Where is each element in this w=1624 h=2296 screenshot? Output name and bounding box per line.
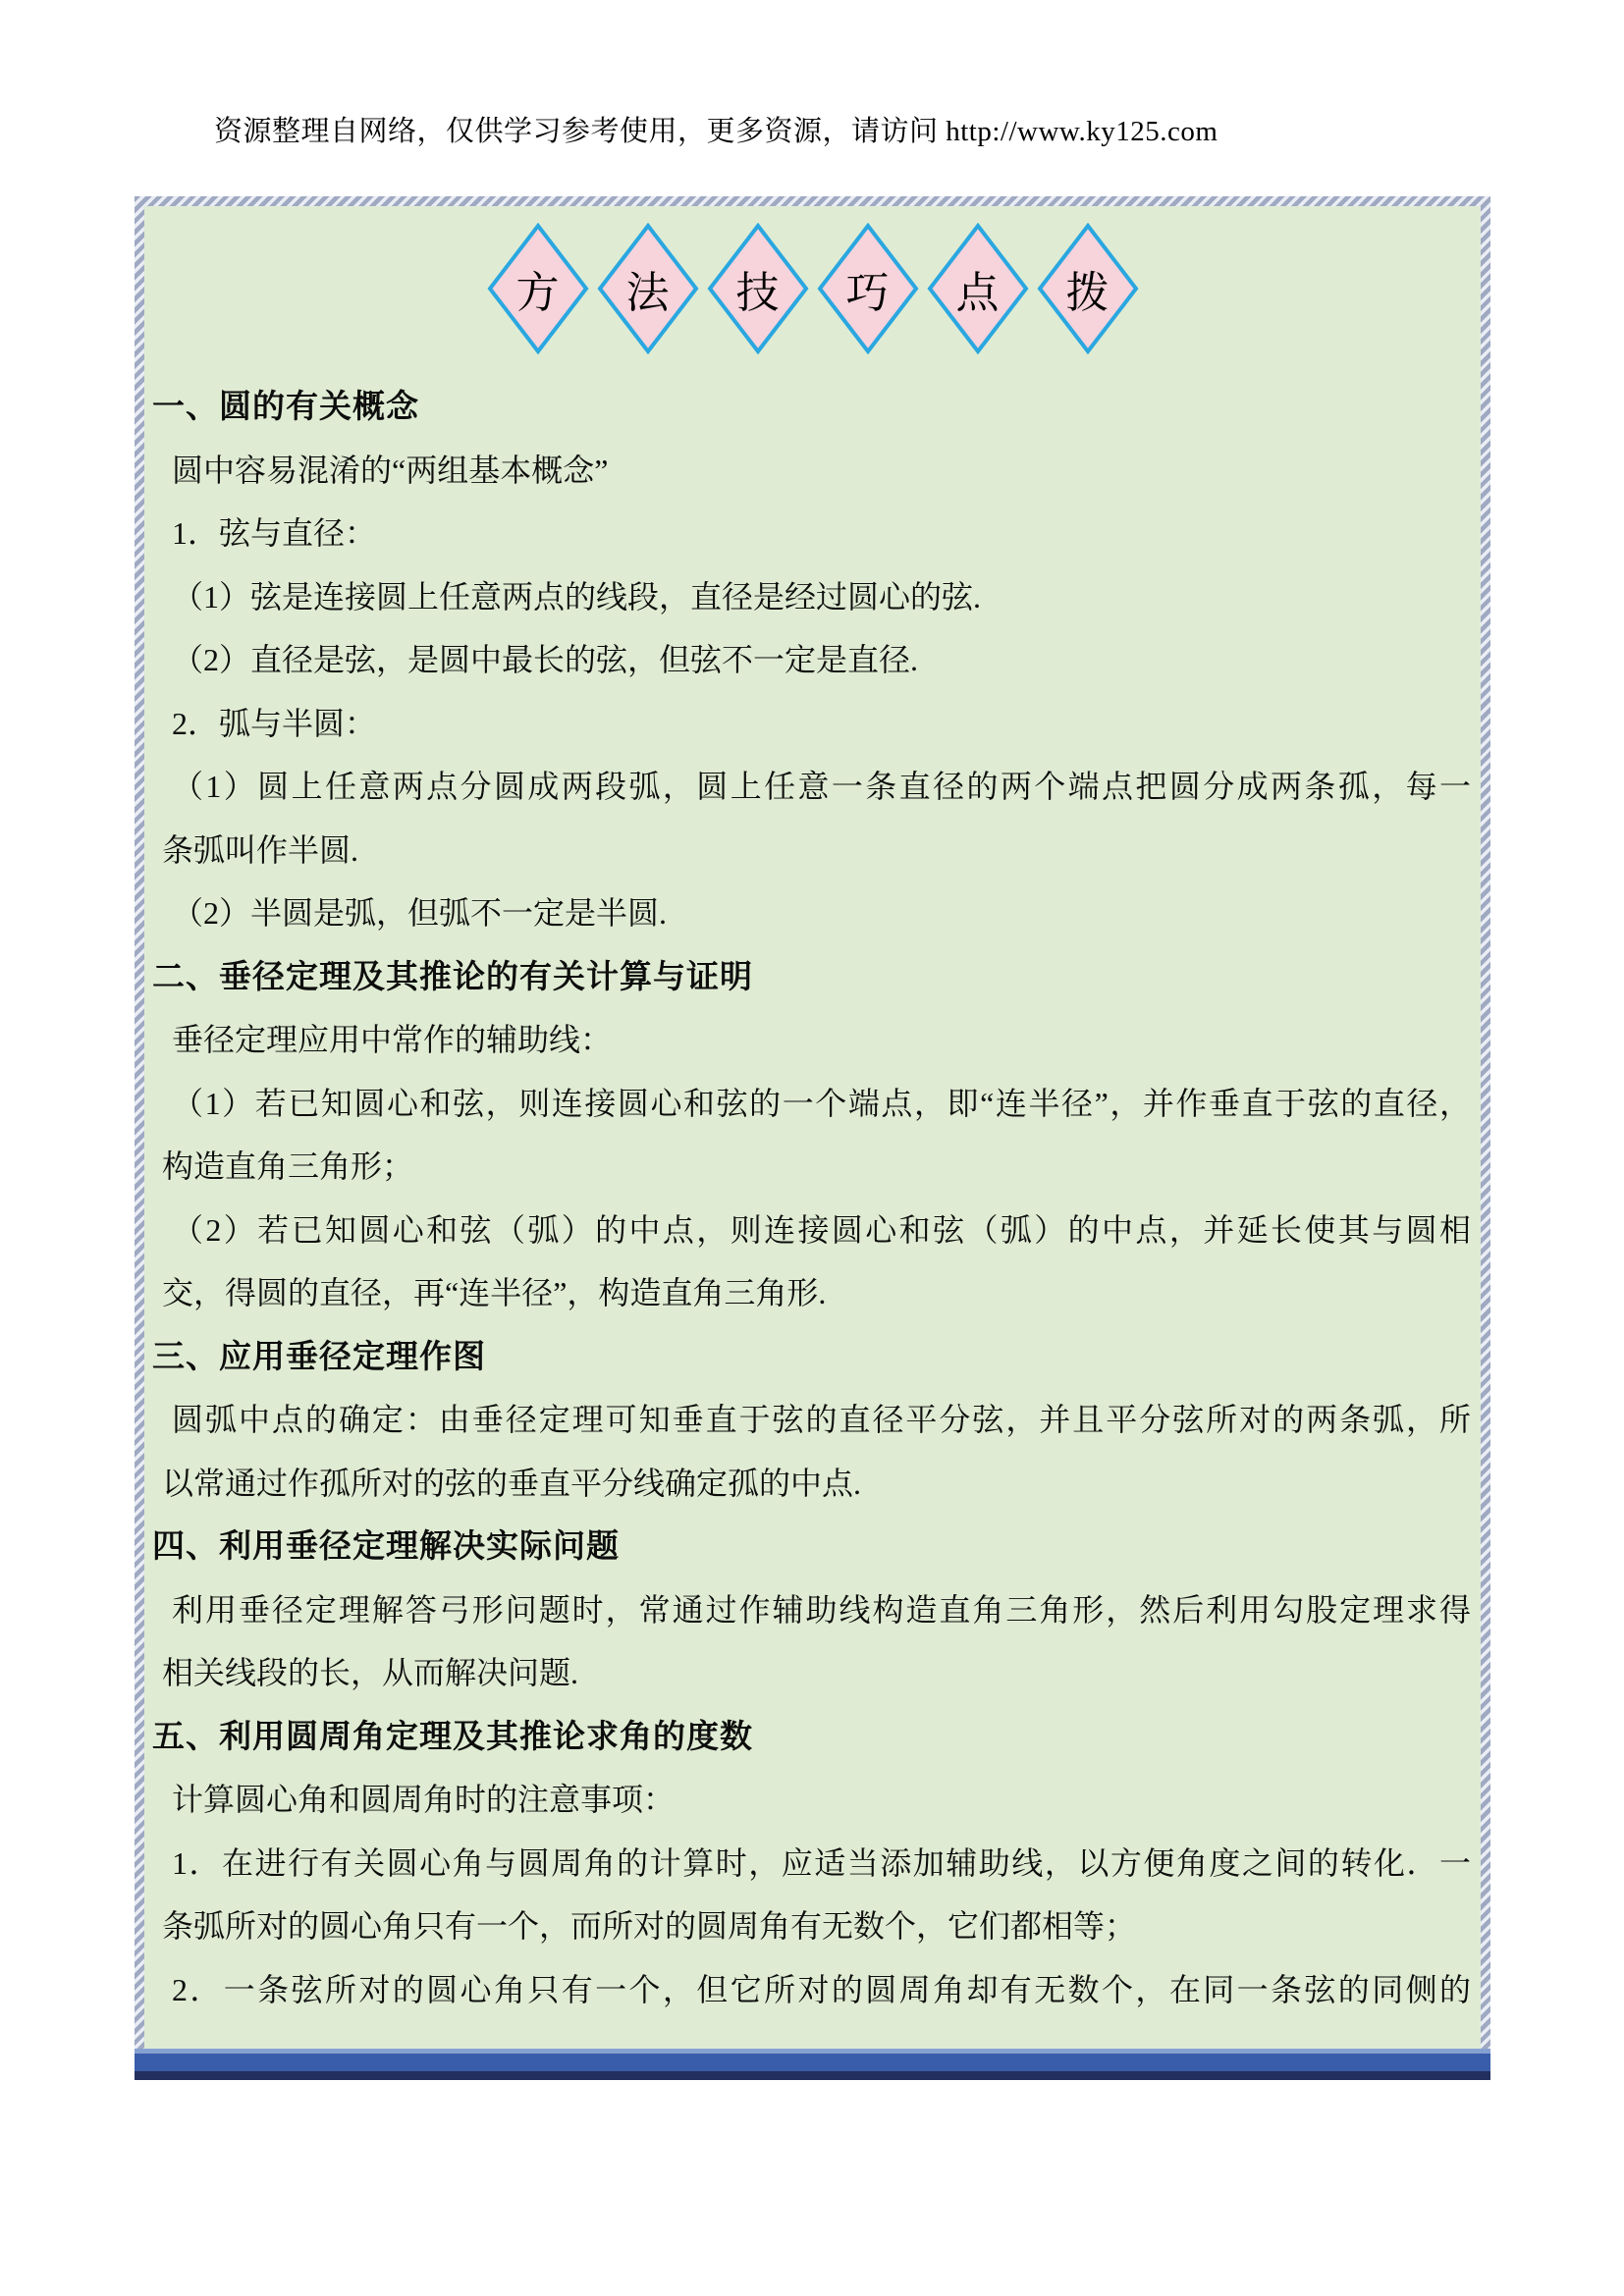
text-line: 交，得圆的直径，再“连半径”，构造直角三角形. — [162, 1261, 1471, 1325]
text-line: 2．弧与半圆： — [172, 692, 1471, 756]
text-line: 利用垂径定理解答弓形问题时，常通过作辅助线构造直角三角形，然后利用勾股定理求得 — [172, 1578, 1471, 1642]
text-line: 计算圆心角和圆周角时的注意事项： — [172, 1768, 1471, 1832]
title-diamond: 拨 — [1037, 223, 1139, 354]
title-banner: 方法技巧点拨 — [144, 223, 1481, 354]
hatched-frame: 方法技巧点拨 一、圆的有关概念圆中容易混淆的“两组基本概念”1．弦与直径：（1）… — [135, 196, 1490, 2049]
bottom-rule-main-line — [135, 2054, 1490, 2071]
title-diamond: 方 — [487, 223, 589, 354]
section-heading: 五、利用圆周角定理及其推论求角的度数 — [152, 1705, 1471, 1769]
title-diamond: 技 — [707, 223, 809, 354]
document-body: 一、圆的有关概念圆中容易混淆的“两组基本概念”1．弦与直径：（1）弦是连接圆上任… — [144, 375, 1481, 2021]
bottom-rule-dark-line — [135, 2071, 1490, 2080]
text-line: 条弧叫作半圆. — [162, 819, 1471, 882]
text-line: 1．弦与直径： — [172, 502, 1471, 565]
text-line: 1．在进行有关圆心角与圆周角的计算时，应适当添加辅助线，以方便角度之间的转化．一 — [172, 1832, 1471, 1896]
bottom-rule — [135, 2049, 1490, 2080]
title-diamond-char: 拨 — [1037, 223, 1139, 354]
section-heading: 一、圆的有关概念 — [152, 375, 1471, 439]
section-heading: 四、利用垂径定理解决实际问题 — [152, 1515, 1471, 1578]
text-line: （1）若已知圆心和弦，则连接圆心和弦的一个端点，即“连半径”，并作垂直于弦的直径… — [172, 1072, 1471, 1136]
title-diamond-char: 法 — [597, 223, 699, 354]
text-line: 以常通过作孤所对的弦的垂直平分线确定孤的中点. — [162, 1452, 1471, 1516]
text-line: （1）弦是连接圆上任意两点的线段，直径是经过圆心的弦. — [172, 565, 1471, 629]
text-line: 圆中容易混淆的“两组基本概念” — [172, 439, 1471, 503]
text-line: （2）半圆是弧，但弧不一定是半圆. — [172, 881, 1471, 945]
content-box: 方法技巧点拨 一、圆的有关概念圆中容易混淆的“两组基本概念”1．弦与直径：（1）… — [135, 196, 1490, 2080]
title-diamond-char: 巧 — [817, 223, 919, 354]
title-diamond-char: 技 — [707, 223, 809, 354]
title-diamond-char: 方 — [487, 223, 589, 354]
text-line: 相关线段的长，从而解决问题. — [162, 1641, 1471, 1705]
text-line: 圆弧中点的确定：由垂径定理可知垂直于弦的直径平分弦，并且平分弦所对的两条弧，所 — [172, 1388, 1471, 1452]
text-line: （1）圆上任意两点分圆成两段弧，圆上任意一条直径的两个端点把圆分成两条孤，每一 — [172, 755, 1471, 819]
section-heading: 三、应用垂径定理作图 — [152, 1325, 1471, 1389]
text-line: （2）直径是弦，是圆中最长的弦，但弦不一定是直径. — [172, 628, 1471, 692]
text-line: 垂径定理应用中常作的辅助线： — [172, 1008, 1471, 1072]
source-note: 资源整理自网络，仅供学习参考使用，更多资源，请访问 http://www.ky1… — [214, 114, 1218, 149]
section-heading: 二、垂径定理及其推论的有关计算与证明 — [152, 945, 1471, 1009]
title-diamond: 点 — [927, 223, 1029, 354]
text-line: 条弧所对的圆心角只有一个，而所对的圆周角有无数个，它们都相等； — [162, 1895, 1471, 1958]
title-diamond-char: 点 — [927, 223, 1029, 354]
text-line: （2）若已知圆心和弦（弧）的中点，则连接圆心和弦（弧）的中点，并延长使其与圆相 — [172, 1199, 1471, 1262]
title-diamond: 法 — [597, 223, 699, 354]
text-line: 构造直角三角形； — [162, 1135, 1471, 1199]
page: { "page": { "note": "资源整理自网络，仅供学习参考使用，更多… — [0, 0, 1624, 2296]
text-line: 2．一条弦所对的圆心角只有一个，但它所对的圆周角却有无数个，在同一条弦的同侧的 — [172, 1958, 1471, 2022]
title-diamond: 巧 — [817, 223, 919, 354]
